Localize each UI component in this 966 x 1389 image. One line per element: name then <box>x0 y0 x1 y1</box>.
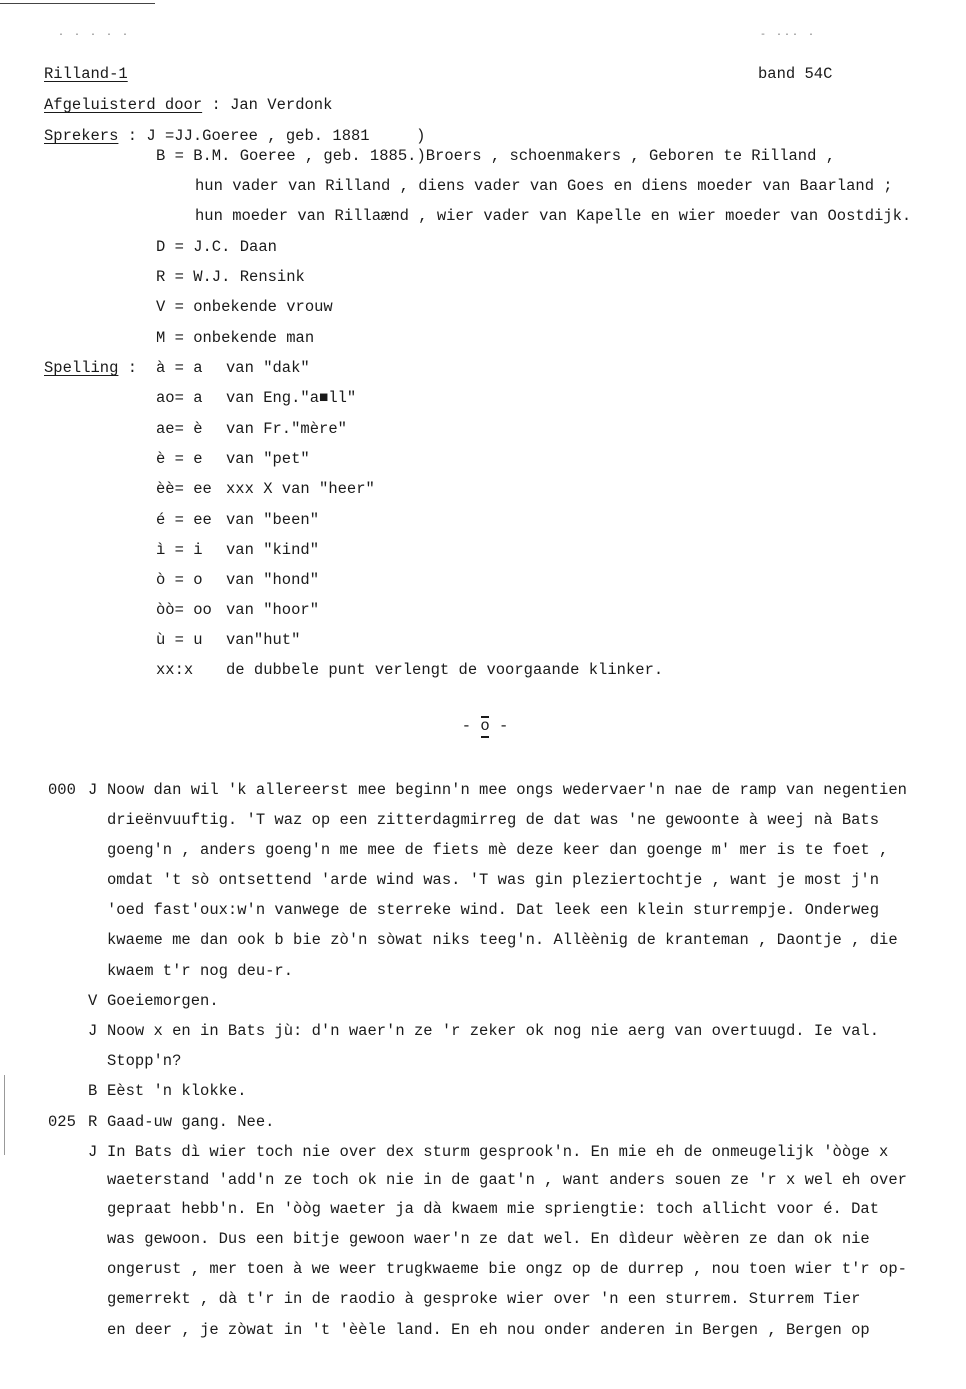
spelling-description: van Eng."a■ll" <box>226 388 356 408</box>
tape-label: band 54C <box>758 64 832 84</box>
transcript-line: Goeiemorgen. <box>107 991 219 1011</box>
separator-circle: o <box>480 716 489 736</box>
spelling-symbol: è = e <box>156 449 203 469</box>
transcript-line: gemerrekt , dà t'r in de raodio à gespro… <box>107 1289 860 1309</box>
spelling-description: van Fr."mère" <box>226 419 347 439</box>
transcript-line: Noow dan wil 'k allereerst mee beginn'n … <box>107 780 907 800</box>
transcript-line: en deer , je zòwat in 't 'èèle land. En … <box>107 1320 870 1340</box>
spelling-description: van "hoor" <box>226 600 319 620</box>
speaker-code: V <box>88 991 97 1011</box>
spelling-symbol: ae= è <box>156 419 203 439</box>
speaker-line: M = onbekende man <box>156 328 314 348</box>
typescript-page: · · · · · - ··· · Rilland-1 band 54C Afg… <box>0 0 966 1389</box>
spelling-label-row: Spelling : <box>44 358 137 378</box>
tape-counter: 000 <box>48 780 76 800</box>
speakers-row: Sprekers : J =JJ.Goeree , geb. 1881 ) <box>44 126 425 146</box>
transcript-line: Gaad-uw gang. Nee. <box>107 1112 274 1132</box>
transcript-line: was gewoon. Dus een bitje gewoon waer'n … <box>107 1229 870 1249</box>
transcript-line: drieënvuuftig. 'T waz op een zitterdagmi… <box>107 810 879 830</box>
scan-edge-line <box>0 3 155 4</box>
listened-by-name: Jan Verdonk <box>230 96 332 114</box>
transcript-line: 'oed fast'oux:w'n vanwege de sterreke wi… <box>107 900 879 920</box>
speaker-code: J <box>88 780 97 800</box>
speaker-line: D = J.C. Daan <box>156 237 277 257</box>
spelling-description: van"hut" <box>226 630 300 650</box>
spelling-symbol: ò = o <box>156 570 203 590</box>
transcript-line: gepraat hebb'n. En 'òòg waeter ja dà kwa… <box>107 1199 879 1219</box>
section-separator: - o - <box>455 716 515 736</box>
speaker-line: B = B.M. Goeree , geb. 1885.)Broers , sc… <box>156 146 835 166</box>
transcript-line: waeterstand 'add'n ze toch ok nie in de … <box>107 1170 907 1190</box>
speaker-code: R <box>88 1112 97 1132</box>
spelling-symbol: ao= a <box>156 388 203 408</box>
transcript-line: ongerust , mer toen à we weer trugkwaeme… <box>107 1259 907 1279</box>
transcript-line: kwaem t'r nog deu-r. <box>107 961 293 981</box>
spelling-symbol: à = a <box>156 358 203 378</box>
transcript-line: Stopp'n? <box>107 1051 181 1071</box>
spelling-description: xxx X van "heer" <box>226 479 375 499</box>
speaker-code: J <box>88 1021 97 1041</box>
transcript-line: goeng'n , anders goeng'n me mee de fiets… <box>107 840 888 860</box>
margin-mark <box>4 1075 5 1155</box>
speaker-line: V = onbekende vrouw <box>156 297 333 317</box>
separator-dash: - <box>499 717 508 735</box>
speakers-label: Sprekers <box>44 127 118 145</box>
spelling-symbol: ì = i <box>156 540 203 560</box>
tape-counter: 025 <box>48 1112 76 1132</box>
spelling-sep: : <box>128 359 137 377</box>
transcript-line: Eèst 'n klokke. <box>107 1081 247 1101</box>
spelling-description: van "hond" <box>226 570 319 590</box>
spelling-description: de dubbele punt verlengt de voorgaande k… <box>226 660 663 680</box>
scan-noise: · · · · · <box>58 30 130 41</box>
speaker-code: B <box>88 1081 97 1101</box>
spelling-symbol: é = ee <box>156 510 212 530</box>
speakers-sep: : <box>128 127 137 145</box>
spelling-symbol: èè= ee <box>156 479 212 499</box>
speaker-line: hun vader van Rilland , diens vader van … <box>195 176 893 196</box>
listened-by-row: Afgeluisterd door : Jan Verdonk <box>44 95 332 115</box>
spelling-description: van "pet" <box>226 449 310 469</box>
separator-dash: - <box>462 717 471 735</box>
spelling-description: van "dak" <box>226 358 310 378</box>
speaker-line: J =JJ.Goeree , geb. 1881 ) <box>146 127 425 145</box>
transcript-line: kwaeme me dan ook b bie zò'n sòwat niks … <box>107 930 898 950</box>
spelling-symbol: xx:x <box>156 660 193 680</box>
listened-sep: : <box>211 96 220 114</box>
speaker-code: J <box>88 1142 97 1162</box>
transcript-line: omdat 't sò ontsettend 'arde wind was. '… <box>107 870 879 890</box>
spelling-symbol: òò= oo <box>156 600 212 620</box>
speaker-line: hun moeder van Rillaænd , wier vader van… <box>195 206 911 226</box>
scan-noise: - ··· · <box>760 30 816 41</box>
spelling-description: van "been" <box>226 510 319 530</box>
spelling-label: Spelling <box>44 359 118 377</box>
spelling-symbol: ù = u <box>156 630 203 650</box>
listened-label: Afgeluisterd door <box>44 96 202 114</box>
transcript-line: Noow x en in Bats jù: d'n waer'n ze 'r z… <box>107 1021 879 1041</box>
place-title: Rilland-1 <box>44 64 128 84</box>
spelling-description: van "kind" <box>226 540 319 560</box>
speaker-line: R = W.J. Rensink <box>156 267 305 287</box>
transcript-line: In Bats dì wier toch nie over dex sturm … <box>107 1142 888 1162</box>
